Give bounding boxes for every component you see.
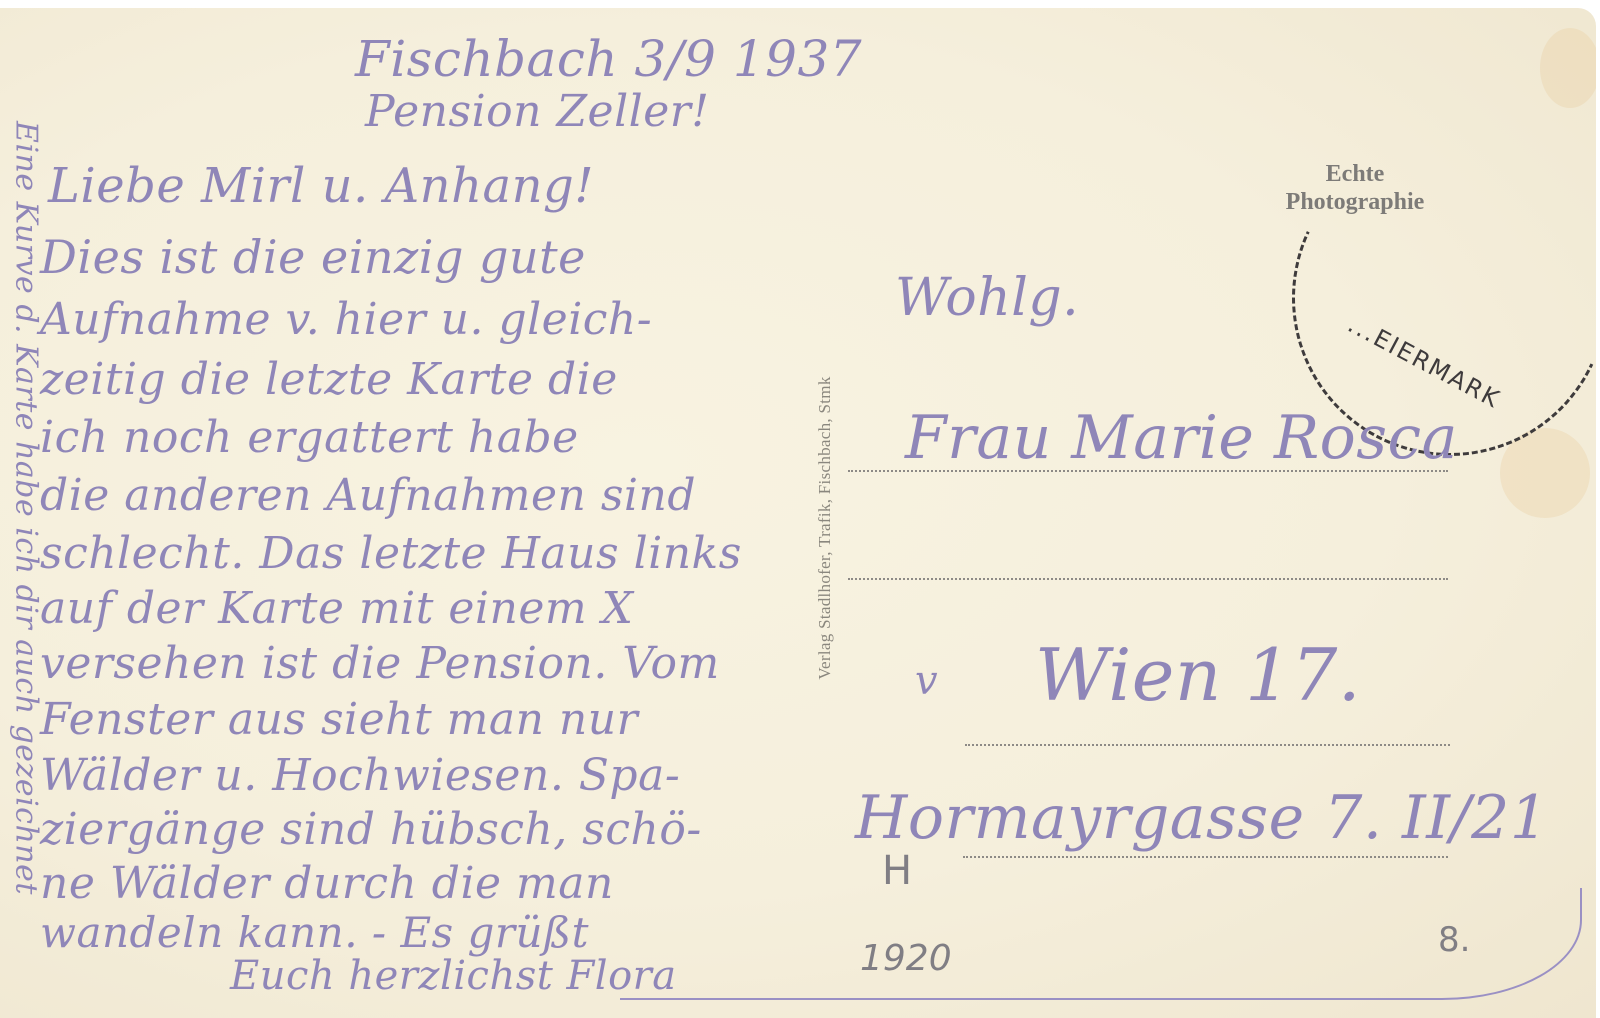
message-line: ziergänge sind hübsch, schö- (40, 804, 702, 855)
message-line: ne Wälder durch die man (40, 858, 614, 909)
message-line: Euch herzlichst Flora (230, 953, 677, 999)
message-line: ich noch ergattert habe (40, 412, 579, 463)
address-street: Hormayrgasse 7. II/21 (855, 783, 1549, 853)
publisher-imprint: Verlag Stadlhofer, Trafik, Fischbach, St… (815, 376, 835, 679)
place-date: Fischbach 3/9 1937 (355, 30, 862, 88)
message-line: versehen ist die Pension. Vom (40, 638, 720, 689)
postcard-back: Fischbach 3/9 1937 Pension Zeller! Liebe… (0, 8, 1596, 1018)
pension-name: Pension Zeller! (365, 86, 709, 137)
address-city: Wien 17. (1035, 633, 1361, 717)
message-line: zeitig die letzte Karte die (40, 354, 618, 405)
message-line: auf der Karte mit einem X (40, 583, 633, 634)
address-name: Frau Marie Rosca (905, 403, 1458, 473)
message-line: wandeln kann. - Es grüßt (40, 908, 589, 957)
message-line: die anderen Aufnahmen sind (40, 470, 696, 521)
address-line (848, 578, 1448, 580)
message-line: Aufnahme v. hier u. gleich- (40, 294, 652, 345)
age-stain (1540, 28, 1596, 108)
message-line: Fenster aus sieht man nur (40, 694, 638, 745)
message-line: schlecht. Das letzte Haus links (40, 528, 742, 579)
message-line: Dies ist die einzig gute (40, 230, 586, 284)
signature-flourish (620, 888, 1582, 1000)
address-line (965, 744, 1450, 746)
message-line: Liebe Mirl u. Anhang! (48, 158, 594, 214)
margin-note: Eine Kurve d. Karte habe ich dir auch ge… (9, 121, 44, 895)
address-line (963, 856, 1448, 858)
address-city-prefix: v (915, 658, 938, 704)
message-line: Wälder u. Hochwiesen. Spa- (40, 750, 680, 801)
address-salutation: Wohlg. (895, 268, 1079, 328)
